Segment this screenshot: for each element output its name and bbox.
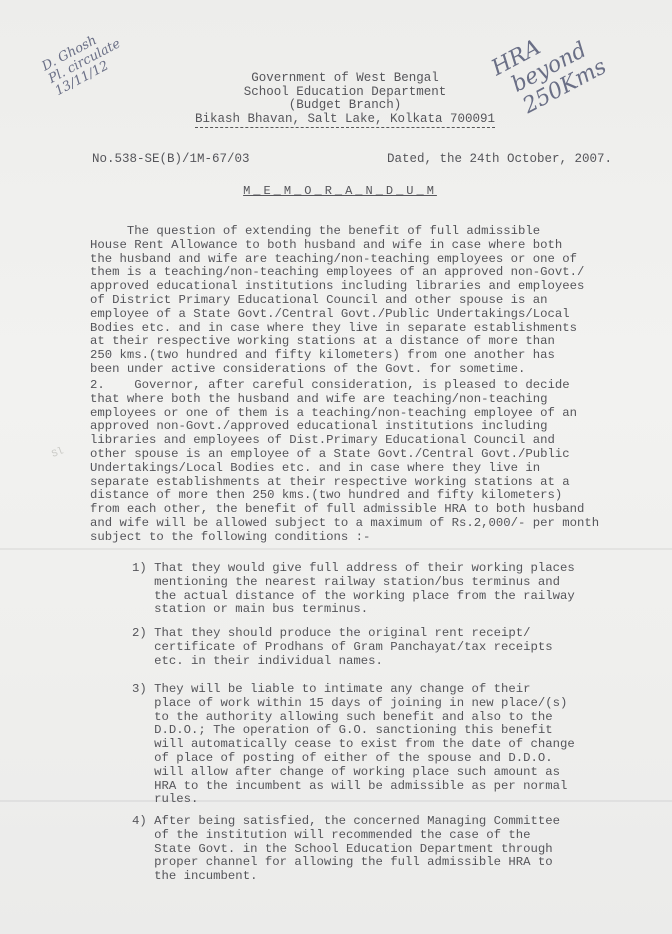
condition-3: 3) They will be liable to intimate any c… <box>132 683 632 807</box>
reference-row: No.538-SE(B)/1M-67/03 Dated, the 24th Oc… <box>92 152 612 166</box>
letterhead-branch: (Budget Branch) <box>180 99 510 113</box>
condition-1: 1) That they would give full address of … <box>132 562 632 617</box>
condition-4: 4) After being satisfied, the concerned … <box>132 815 632 884</box>
handwritten-note-right: HRA beyond 250Kms <box>488 0 672 124</box>
paragraph-2: 2. Governor, after careful consideration… <box>90 379 645 545</box>
handwritten-note-left: D. Ghosh Pl. circulate 13/11/12 <box>40 25 130 99</box>
paper-fold <box>0 548 672 550</box>
letterhead-address: Bikash Bhavan, Salt Lake, Kolkata 700091 <box>195 113 495 129</box>
memorandum-page: D. Ghosh Pl. circulate 13/11/12 HRA beyo… <box>0 0 672 934</box>
paragraph-1: The question of extending the benefit of… <box>90 225 645 377</box>
memo-date: Dated, the 24th October, 2007. <box>387 152 612 166</box>
letterhead-government: Government of West Bengal <box>180 72 510 86</box>
memo-title: M_E_M_O_R_A_N_D_U_M <box>80 184 600 198</box>
letterhead: Government of West Bengal School Educati… <box>180 72 510 128</box>
letterhead-department: School Education Department <box>180 86 510 100</box>
condition-2: 2) That they should produce the original… <box>132 627 632 668</box>
memo-number: No.538-SE(B)/1M-67/03 <box>92 152 250 166</box>
margin-mark: Sl <box>50 446 65 460</box>
